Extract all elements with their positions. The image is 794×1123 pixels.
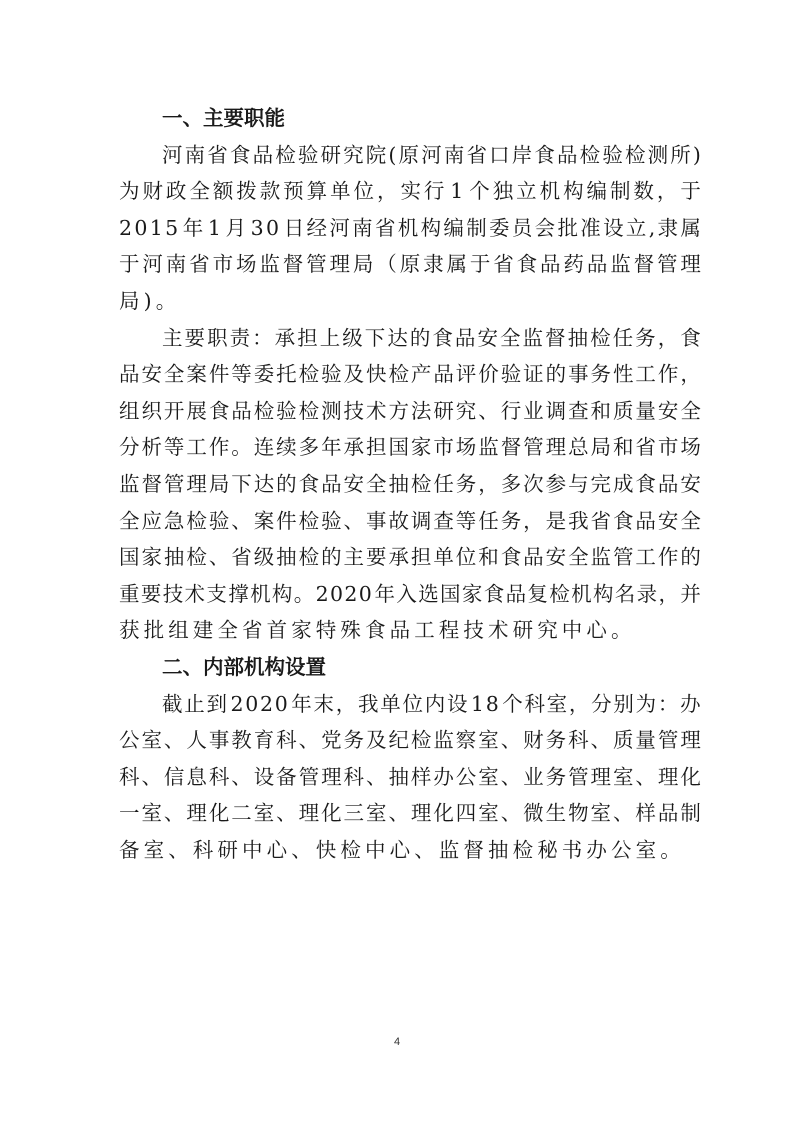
text-line: 重要技术支撑机构。2020 年入选国家食品复检机构名录，并 xyxy=(119,576,701,613)
text-line: 备室、科研中心、快检中心、监督抽检秘书办公室。 xyxy=(119,832,701,869)
text-line: 河南省食品检验研究院(原河南省口岸食品检验检测所) xyxy=(119,137,701,174)
text-line: 监督管理局下达的食品安全抽检任务，多次参与完成食品安 xyxy=(119,466,701,503)
text-line: 一室、理化二室、理化三室、理化四室、微生物室、样品制 xyxy=(119,795,701,832)
text-line: 分析等工作。连续多年承担国家市场监督管理总局和省市场 xyxy=(119,429,701,466)
text-line: 为财政全额拨款预算单位，实行 1 个独立机构编制数，于 xyxy=(119,173,701,210)
text-line: 科、信息科、设备管理科、抽样办公室、业务管理室、理化 xyxy=(119,759,701,796)
paragraph-institution-intro: 河南省食品检验研究院(原河南省口岸食品检验检测所) 为财政全额拨款预算单位，实行… xyxy=(119,137,701,320)
text-line: 主要职责：承担上级下达的食品安全监督抽检任务，食 xyxy=(119,320,701,357)
text-line: 获批组建全省首家特殊食品工程技术研究中心。 xyxy=(119,612,701,649)
text-line: 2015 年 1 月 30 日经河南省机构编制委员会批准设立,隶属 xyxy=(119,210,701,247)
paragraph-main-duties: 主要职责：承担上级下达的食品安全监督抽检任务，食 品安全案件等委托检验及快检产品… xyxy=(119,320,701,649)
text-line: 组织开展食品检验检测技术方法研究、行业调查和质量安全 xyxy=(119,393,701,430)
section-heading-main-functions: 一、主要职能 xyxy=(119,100,701,137)
section-heading-internal-structure: 二、内部机构设置 xyxy=(119,649,701,686)
text-line: 全应急检验、案件检验、事故调查等任务，是我省食品安全 xyxy=(119,503,701,540)
text-line: 于河南省市场监督管理局（原隶属于省食品药品监督管理 xyxy=(119,246,701,283)
text-line: 局)。 xyxy=(119,283,701,320)
text-line: 品安全案件等委托检验及快检产品评价验证的事务性工作， xyxy=(119,356,701,393)
document-page: 一、主要职能 河南省食品检验研究院(原河南省口岸食品检验检测所) 为财政全额拨款… xyxy=(119,100,701,868)
text-line: 截止到 2020 年末，我单位内设 18 个科室，分别为：办 xyxy=(119,686,701,723)
page-number: 4 xyxy=(0,1036,794,1048)
text-line: 国家抽检、省级抽检的主要承担单位和食品安全监管工作的 xyxy=(119,539,701,576)
paragraph-departments: 截止到 2020 年末，我单位内设 18 个科室，分别为：办 公室、人事教育科、… xyxy=(119,686,701,869)
text-line: 公室、人事教育科、党务及纪检监察室、财务科、质量管理 xyxy=(119,722,701,759)
